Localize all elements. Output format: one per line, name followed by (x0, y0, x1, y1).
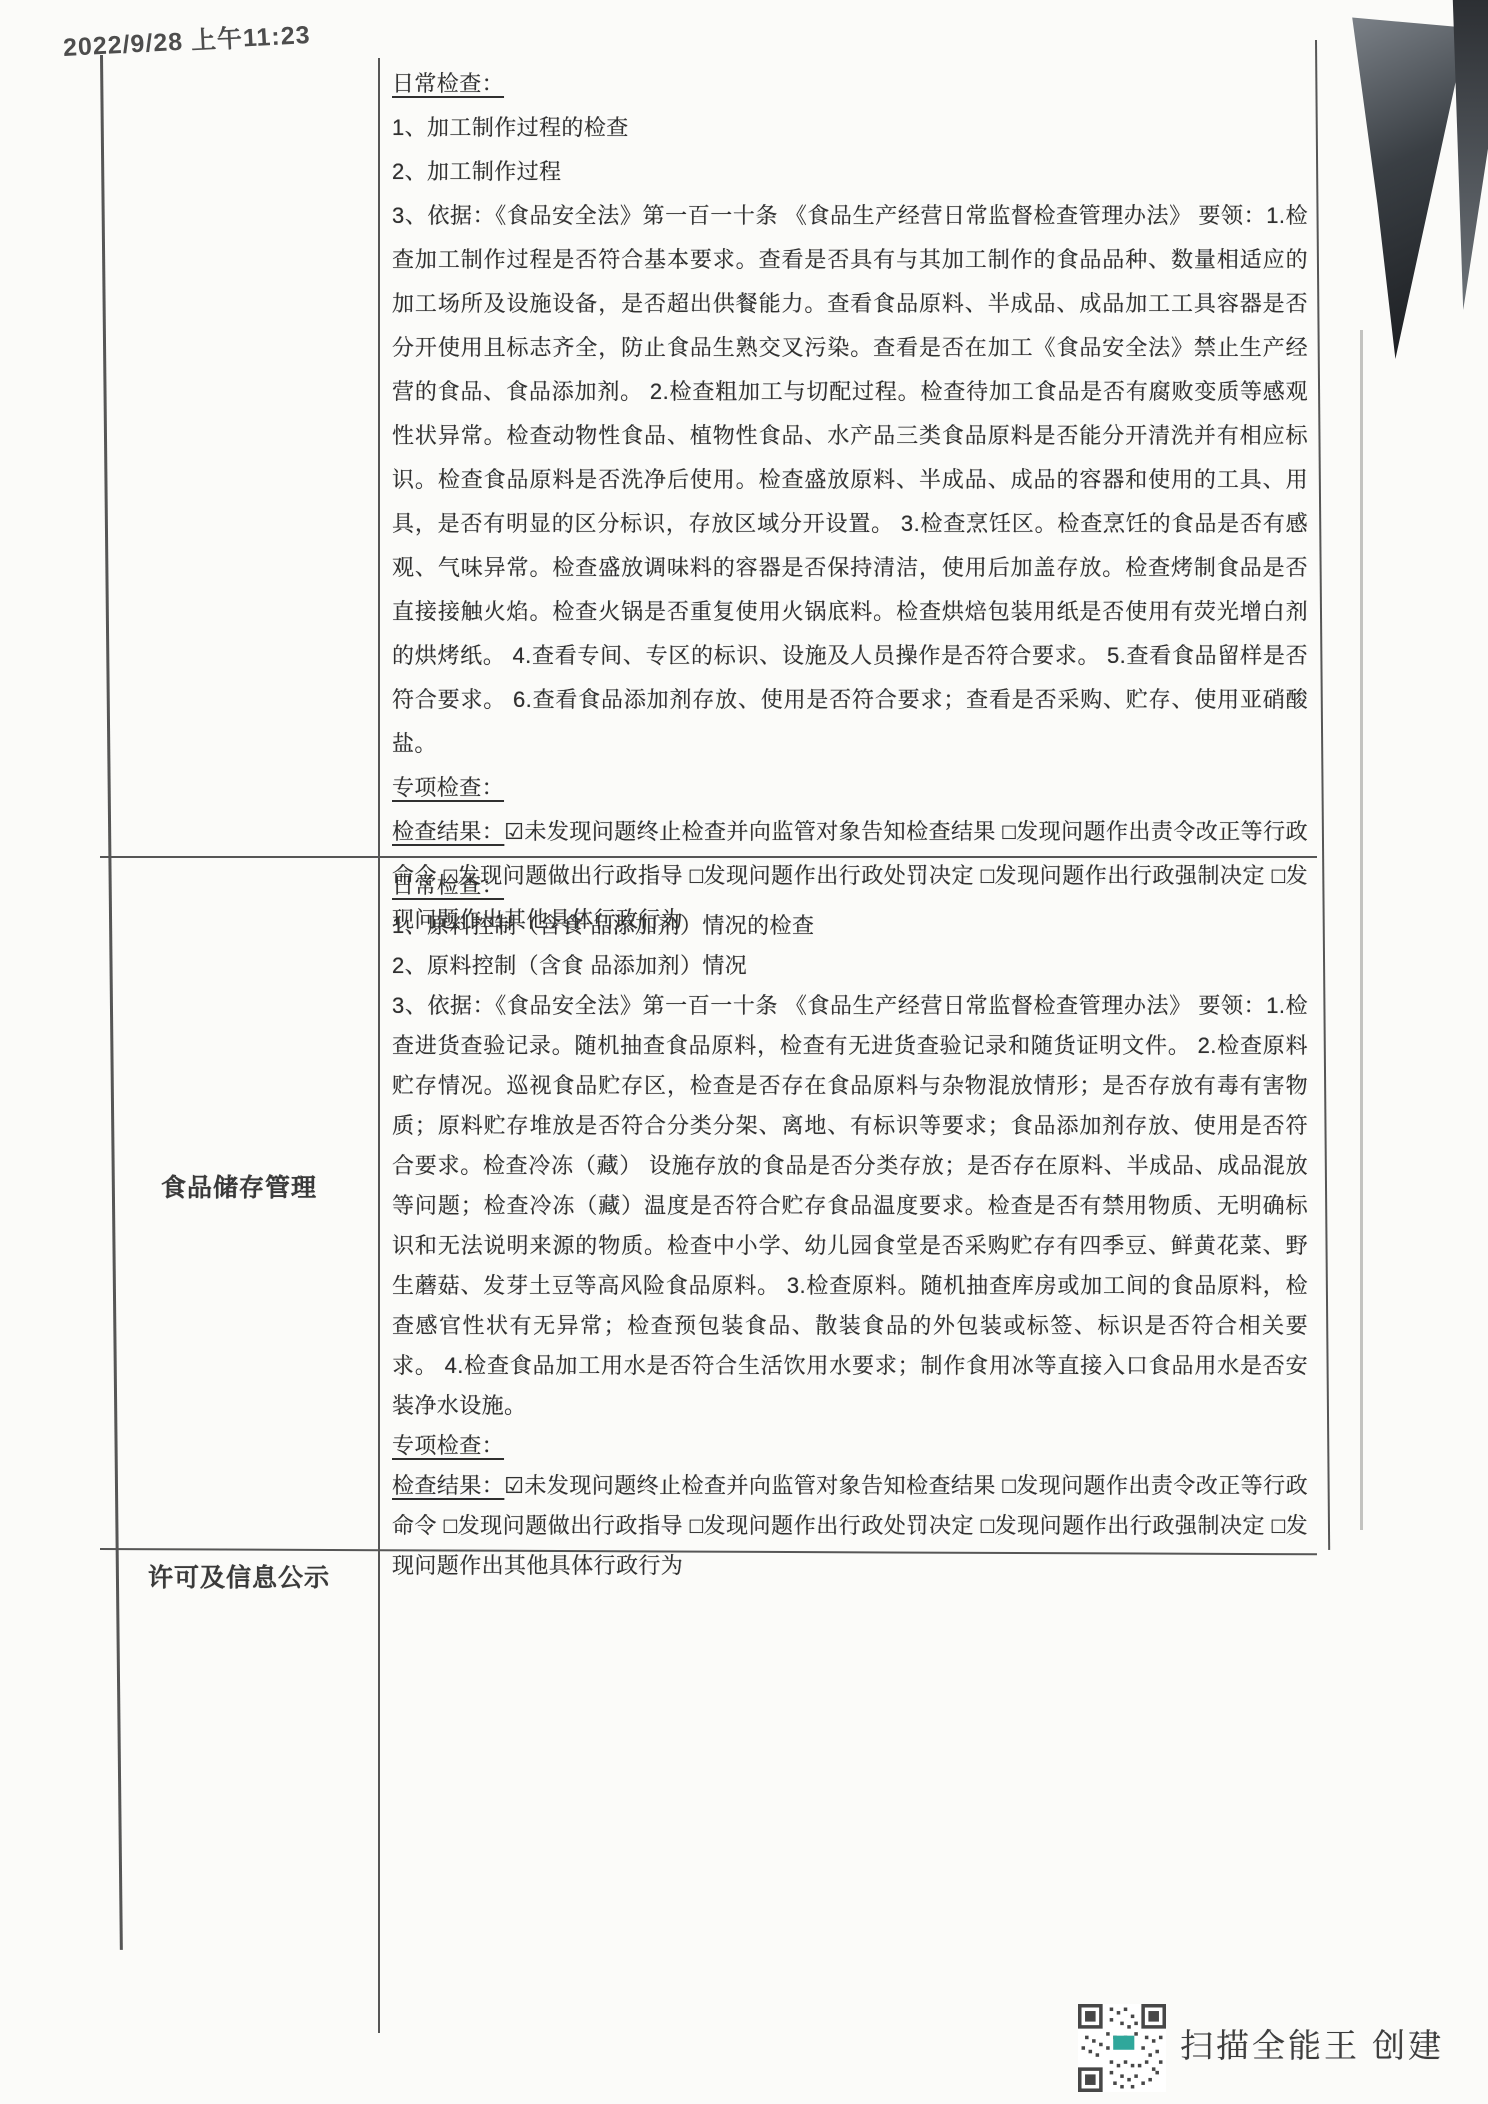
check-item: 2、加工制作过程 (392, 150, 1308, 194)
row-label-food-storage: 食品储存管理 (100, 1168, 378, 1204)
table-border-left (100, 55, 123, 1950)
scanner-creator-label: 扫描全能王 创建 (1180, 2020, 1444, 2067)
basis-paragraph: 3、依据：《食品安全法》第一百一十条 《食品生产经营日常监督检查管理办法》 要领… (392, 986, 1308, 1426)
check-item: 1、加工制作过程的检查 (392, 106, 1308, 150)
scanned-document-page: 2022/9/28 上午11:23 食品储存管理 许可及信息公示 日常检查： 1… (0, 0, 1488, 2104)
check-item: 1、原料控制（含食 品添加剂）情况的检查 (392, 906, 1308, 946)
cell-processing-inspection: 日常检查： 1、加工制作过程的检查 2、加工制作过程 3、依据：《食品安全法》第… (392, 62, 1308, 856)
basis-paragraph: 3、依据：《食品安全法》第一百一十条 《食品生产经营日常监督检查管理办法》 要领… (392, 194, 1308, 766)
qr-code-icon (1078, 2004, 1166, 2092)
check-result: 检查结果：☑未发现问题终止检查并向监管对象告知检查结果 □发现问题作出责令改正等… (392, 1466, 1308, 1586)
cell-storage-inspection: 日常检查： 1、原料控制（含食 品添加剂）情况的检查 2、原料控制（含食 品添加… (392, 866, 1308, 1548)
check-result-options: ☑未发现问题终止检查并向监管对象告知检查结果 □发现问题作出责令改正等行政命令 … (392, 1473, 1308, 1578)
special-check-heading: 专项检查： (392, 766, 1308, 810)
daily-check-heading: 日常检查： (392, 866, 1308, 906)
row-label-license-info: 许可及信息公示 (100, 1558, 378, 1594)
table-border-right (1315, 40, 1330, 1550)
special-check-heading: 专项检查： (392, 1426, 1308, 1466)
paper-edge-shadow (1360, 330, 1363, 1530)
daily-check-heading: 日常检查： (392, 62, 1308, 106)
page-corner-shadow-icon (1300, 14, 1480, 359)
table-column-divider (378, 58, 380, 2033)
check-item: 2、原料控制（含食 品添加剂）情况 (392, 946, 1308, 986)
